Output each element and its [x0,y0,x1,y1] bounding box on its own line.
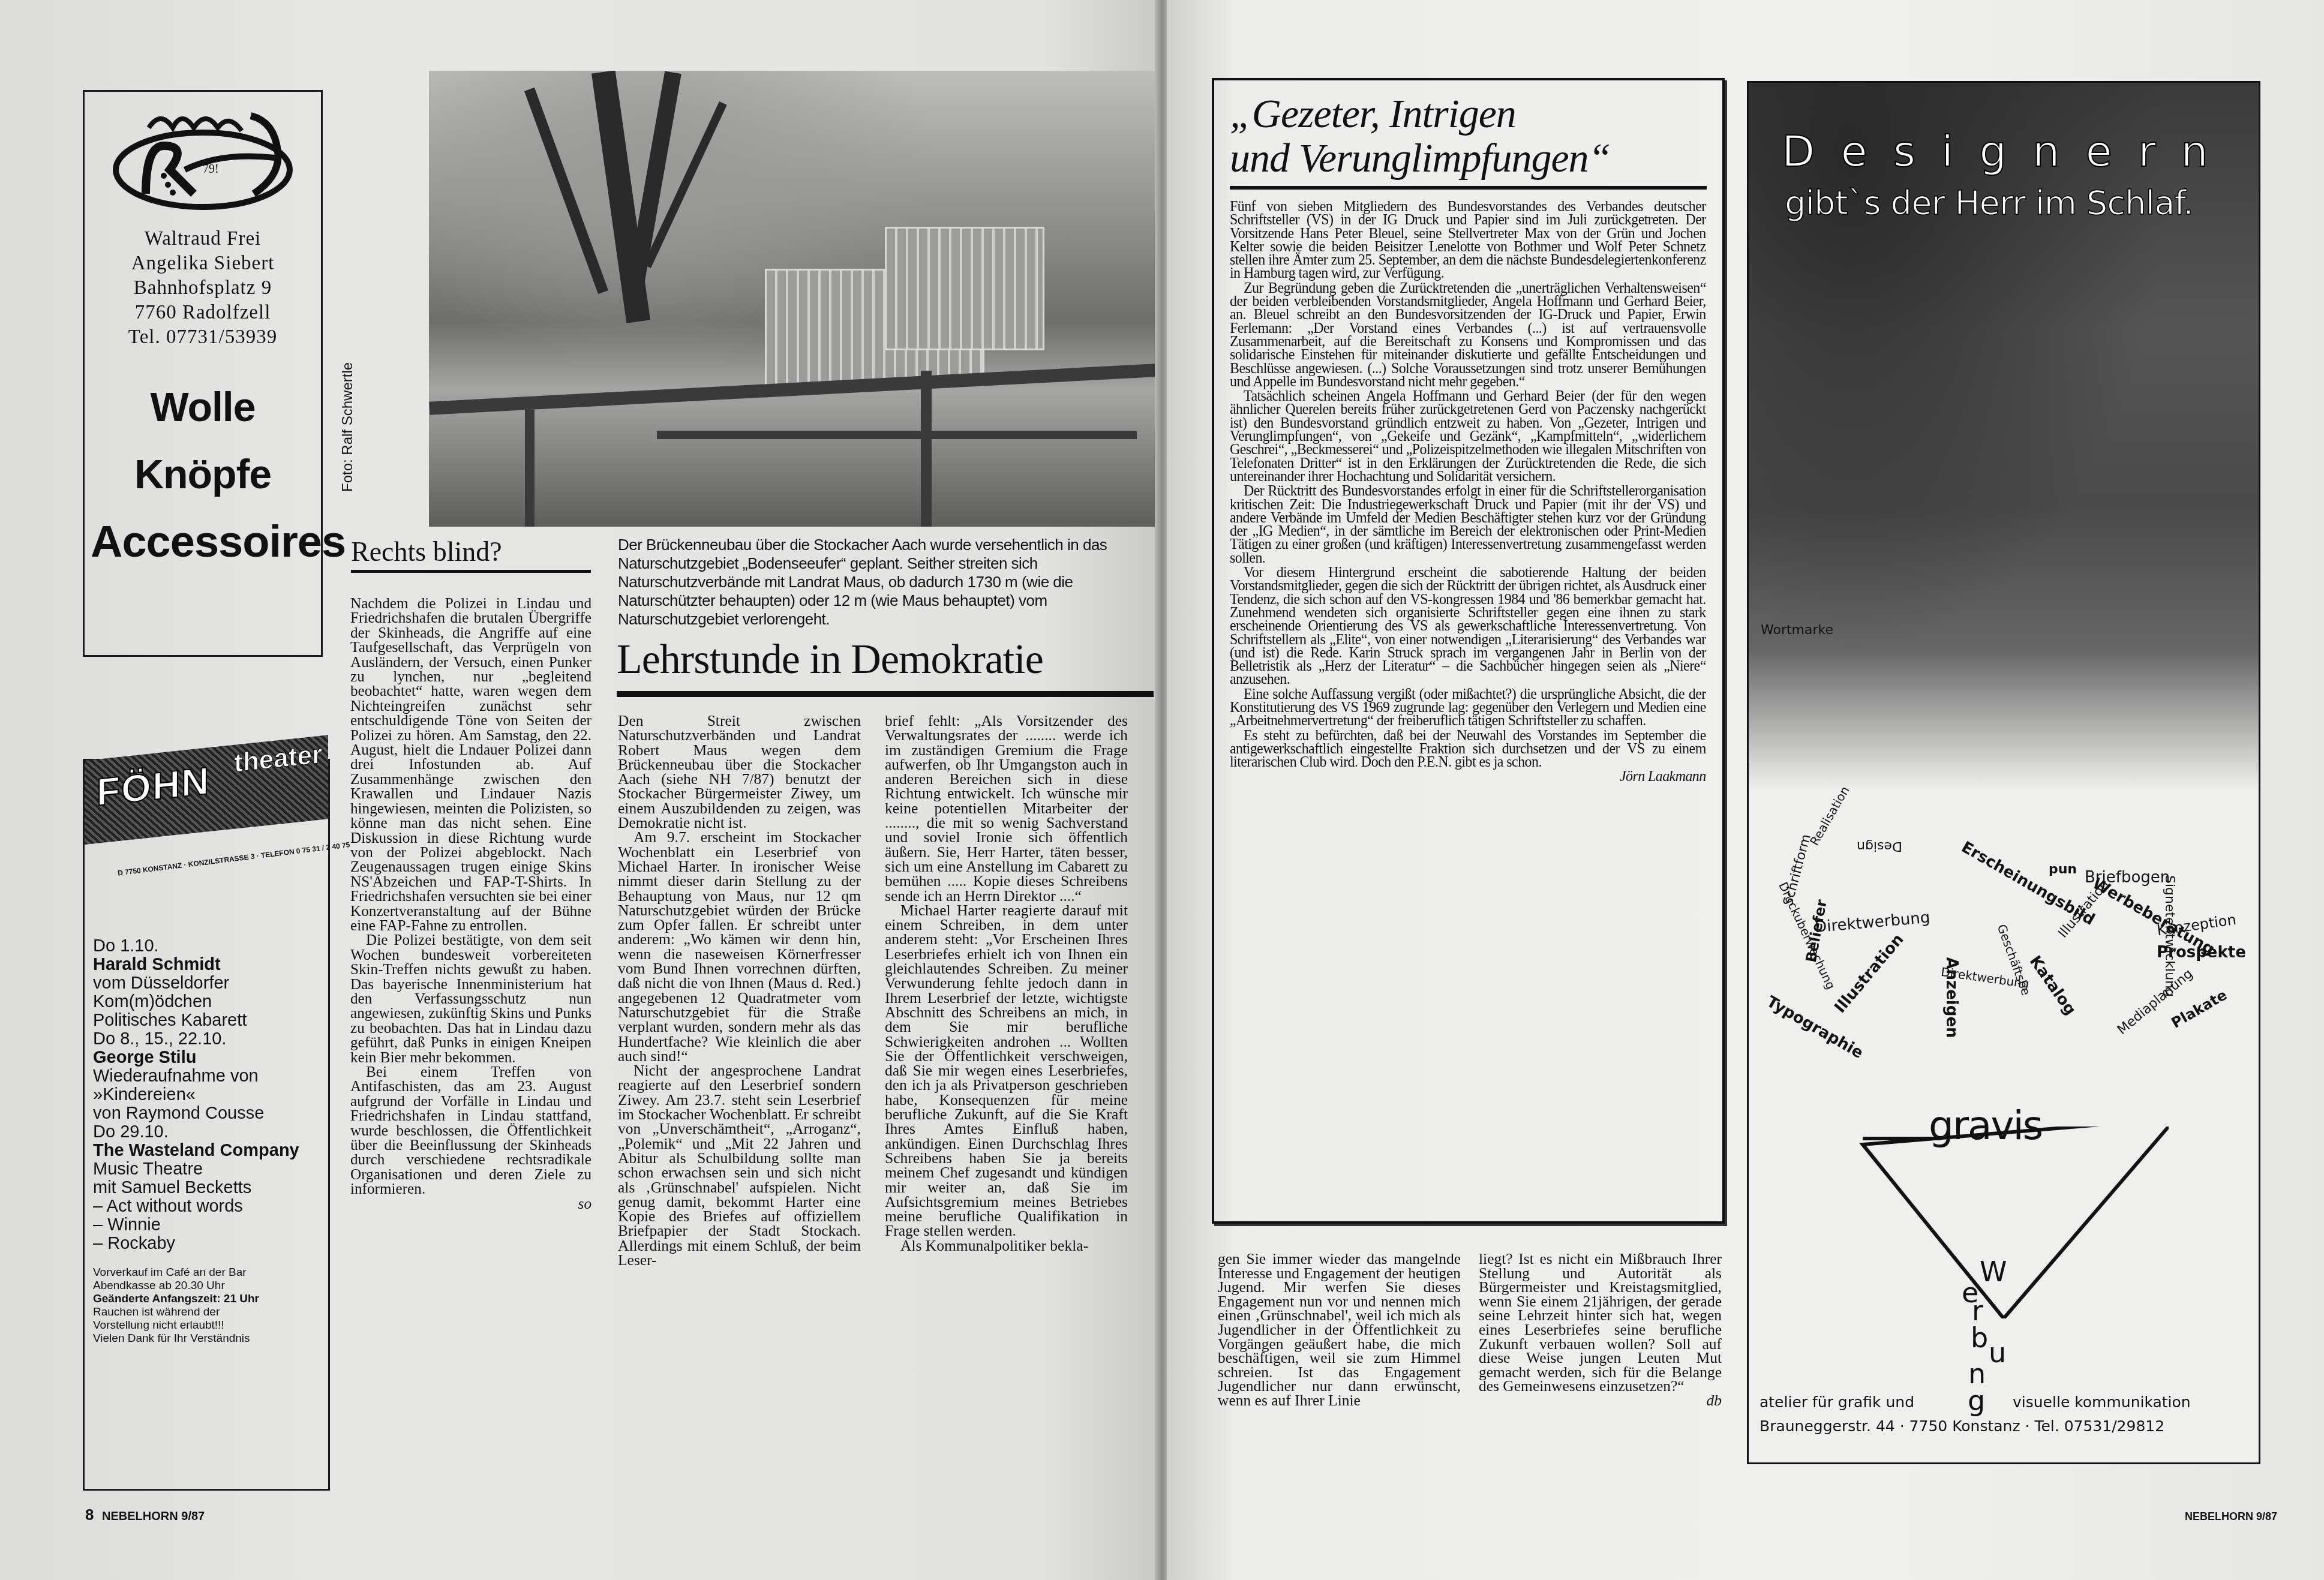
article-body-rechts-blind: Nachdem die Polizei in Lindau und Friedr… [350,597,591,1212]
program-line: vom Düsseldorfer [93,974,320,993]
paragraph: Eine solche Auffassung vergißt (oder miß… [1230,688,1706,728]
ad-headline: Designern [1782,126,2234,176]
cloud-word: und [2049,863,2077,878]
paragraph: Bei einem Treffen von Antifaschisten, da… [350,1065,591,1197]
cloud-word: Wortmarke [1761,623,1833,638]
cloud-word: Anzeigen [1942,957,1960,1038]
program-line: Do 1.10. [93,937,320,956]
cloud-word: Druckuberwachung [1776,880,1838,992]
author-signature: db [1707,1393,1722,1408]
program-line: Kom(m)ödchen [93,993,320,1011]
gravis-logo-text: gravis [1929,1103,2042,1149]
note-line: Abendkasse ab 20.30 Uhr [93,1279,320,1293]
ticket-notes: Vorverkauf im Café an der Bar Abendkasse… [93,1266,320,1345]
paragraph: Nicht der angesprochene Landrat reagiert… [618,1064,861,1267]
paragraph: Den Streit zwischen Naturschutzverbänden… [618,714,861,830]
gravis-advertisement: Designern gibt`s der Herr im Schlaf. Wor… [1747,81,2260,1464]
program-line: The Wasteland Company [93,1142,320,1160]
program-list: Do 1.10. Harald Schmidt vom Düsseldorfer… [93,937,320,1253]
vertical-letter: u [1989,1336,2006,1369]
address-line: Bahnhofsplatz 9 [91,276,315,301]
ad-tagline-left: atelier für grafik und [1759,1393,1914,1411]
note-line: Vielen Dank für Ihr Verständnis [93,1332,320,1345]
foehn-theater-advertisement: FÖHN theater D 7750 KONSTANZ · KONZILSTR… [83,759,330,1491]
vertical-letter: W [1980,1255,2007,1288]
article-headline-lehrstunde: Lehrstunde in Demokratie [617,636,1154,697]
note-line: Rauchen ist während der [93,1306,320,1319]
program-line: – Act without words [93,1197,320,1216]
paragraph: Tatsächlich scheinen Angela Hoffmann und… [1230,390,1706,483]
foehn-subtitle: theater [234,739,322,778]
cloud-word: Design [1857,839,1902,854]
wolle-advertisement: 79! Waltraud Frei Angelika Siebert Bahnh… [83,90,323,657]
paragraph: Fünf von sieben Mitgliedern des Bundesvo… [1230,200,1706,281]
phone-number: Tel. 07731/53939 [91,325,315,350]
foehn-title: FÖHN [97,758,210,815]
article-body-gezeter: Fünf von sieben Mitgliedern des Bundesvo… [1230,200,1706,784]
cloud-word: Prospekte [2157,944,2246,962]
cloud-word: Direktwerbung [1814,909,1930,937]
lehrstunde-continued-column-4: liegt? Ist es nicht ein Mißbrauch Ihrer … [1479,1252,1722,1408]
lehrstunde-continued-column-3: gen Sie immer wieder das mangelnde Inter… [1218,1252,1461,1408]
article-headline-gezeter: „Gezeter, Intrigen und Verunglimpfungen“ [1230,91,1707,190]
program-line: Politisches Kabarett [93,1011,320,1030]
paragraph: Der Rücktritt des Bundesvorstandes erfol… [1230,485,1706,565]
program-line: George Stilu [93,1049,320,1067]
paragraph: brief fehlt: „Als Vorsitzender des Verwa… [885,714,1128,903]
address-line: 7760 Radolfzell [91,301,315,325]
program-line: Do 8., 15., 22.10. [93,1030,320,1049]
vertical-letter: b [1971,1321,1988,1354]
program-line: Harald Schmidt [93,956,320,974]
paragraph: Als Kommunalpolitiker bekla- [885,1239,1128,1253]
note-line: Vorstellung nicht erlaubt!!! [93,1319,320,1332]
article-column-1: Den Streit zwischen Naturschutzverbänden… [618,714,861,1267]
program-line: mit Samuel Becketts [93,1179,320,1197]
program-line: »Kindereien« [93,1086,320,1104]
program-line: Music Theatre [93,1160,320,1179]
program-line: von Raymond Cousse [93,1104,320,1123]
paragraph: Michael Harter reagierte darauf mit eine… [885,903,1128,1239]
cloud-word: Katalog [2026,953,2079,1019]
ad-tagline-right: visuelle kommunikation [2013,1393,2191,1411]
note-line: Geänderte Anfangszeit: 21 Uhr [93,1293,320,1306]
ad-address: Brauneggerstr. 44 · 7750 Konstanz · Tel.… [1759,1417,2164,1435]
photo-caption: Der Brückenneubau über die Stockacher Aa… [618,536,1146,629]
svg-text:79!: 79! [203,163,219,176]
program-line: – Winnie [93,1216,320,1234]
triangle-logo-icon [1857,1127,2169,1318]
program-line: – Rockaby [93,1234,320,1253]
headline-line: und Verunglimpfungen“ [1230,136,1707,180]
paragraph: Am 9.7. erscheint im Stockacher Wochenbl… [618,830,861,1064]
paragraph: Nachdem die Polizei in Lindau und Friedr… [350,597,591,933]
product-label: Wolle [91,374,315,441]
wolle-rock-logo-icon: 79! [113,104,293,212]
address-line: Angelika Siebert [91,251,315,276]
program-line: Wiederaufnahme von [93,1067,320,1086]
page-number: 8 [85,1506,94,1524]
foehn-address: D 7750 KONSTANZ · KONZILSTRASSE 3 · TELE… [117,844,319,877]
article-column-2: brief fehlt: „Als Vorsitzender des Verwa… [885,714,1128,1253]
product-label: Accessoires [91,508,315,575]
note-line: Vorverkauf im Café an der Bar [93,1266,320,1279]
foehn-banner: FÖHN theater [85,735,328,845]
paragraph: Die Polizei bestätigte, von dem seit Woc… [350,933,591,1065]
article-gezeter-box: „Gezeter, Intrigen und Verunglimpfungen“… [1212,78,1725,1224]
article-headline-rechts-blind: Rechts blind? [351,536,591,573]
paragraph: Zur Begründung geben die Zurücktretenden… [1230,282,1706,389]
left-page: 79! Waltraud Frei Angelika Siebert Bahnh… [0,0,1158,1580]
paragraph: Es steht zu befürchten, daß bei der Neuw… [1230,729,1706,770]
bridge-photo [429,71,1156,527]
paragraph: liegt? Ist es nicht ein Mißbrauch Ihrer … [1479,1252,1722,1393]
magazine-issue: NEBELHORN 9/87 [102,1510,205,1523]
paragraph: Vor diesem Hintergrund erscheint die sab… [1230,566,1706,687]
author-byline: Jörn Laakmann [1230,770,1706,783]
vertical-letter: g [1968,1384,1985,1417]
address-line: Waltraud Frei [91,227,315,251]
cloud-word: Plakate [2169,986,2230,1031]
ad-subline: gibt`s der Herr im Schlaf. [1785,184,2193,223]
program-line: Do 29.10. [93,1123,320,1142]
page-folio-left: 8 NEBELHORN 9/87 [85,1506,205,1524]
photo-credit: Foto: Ralf Schwertle [340,362,356,492]
cloud-word: Illustration [1831,930,1907,1016]
headline-line: „Gezeter, Intrigen [1230,91,1707,136]
paragraph: gen Sie immer wieder das mangelnde Inter… [1218,1252,1461,1408]
page-folio-right: NEBELHORN 9/87 [2185,1510,2277,1523]
author-signature: so [578,1197,591,1212]
product-label: Knöpfe [91,441,315,508]
